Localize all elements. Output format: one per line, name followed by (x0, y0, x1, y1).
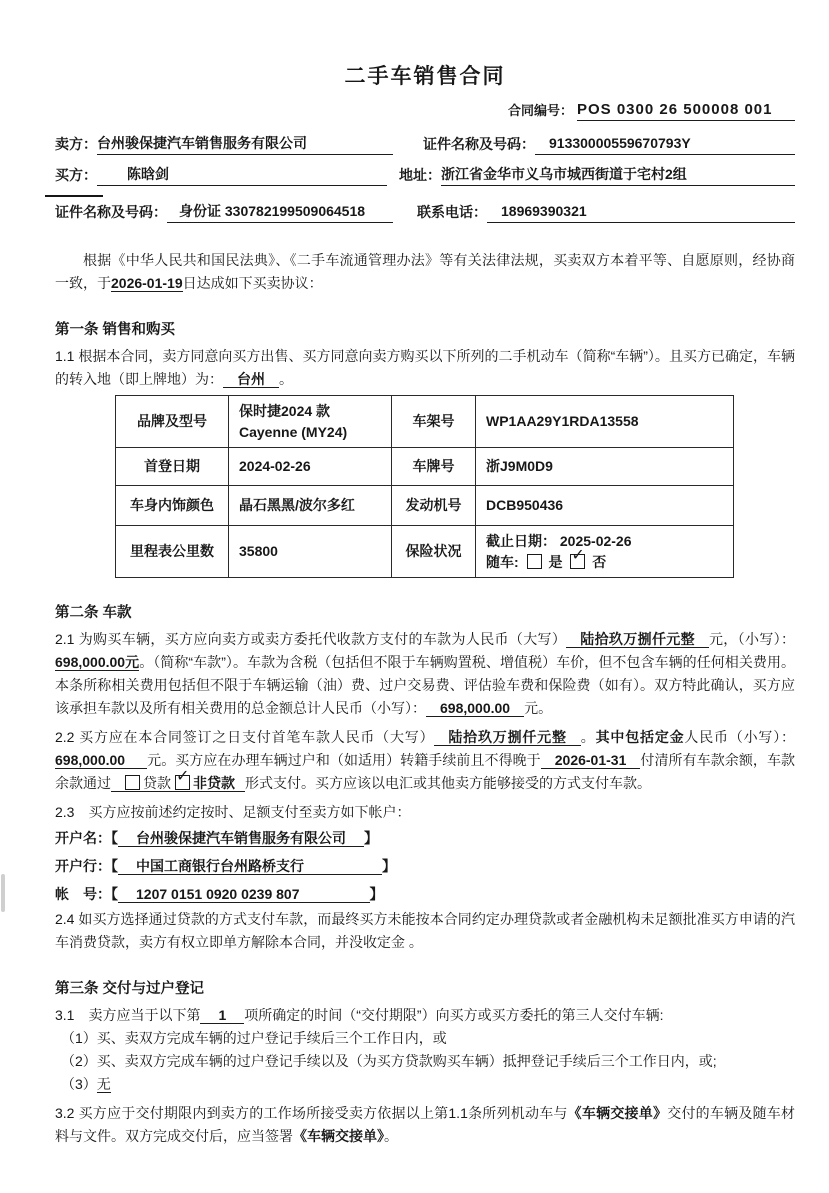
bank-label: 开户行： (55, 858, 111, 874)
clause-2-2-text-4: 元。买方应在办理车辆过户和（如适用）转籍手续前且不得晚于 (147, 752, 541, 768)
insurance-cell: 截止日期： 2025-02-26 随车: 是 ✓ 否 (476, 526, 734, 578)
clause-1-1-tail: 。 (279, 371, 293, 387)
buyer-cert-row: 证件名称及号码： 身份证 330782199509064518 联系电话： 18… (55, 201, 795, 223)
odometer-value: 35800 (229, 526, 392, 578)
insurance-no-label: 否 (592, 554, 606, 570)
vehicle-info-table: 品牌及型号 保时捷2024 款Cayenne (MY24) 车架号 WP1AA2… (115, 395, 734, 578)
engine-value: DCB950436 (476, 486, 734, 526)
insurance-no-checkbox: ✓ (570, 554, 585, 569)
delivery-option-3-label: （3） (61, 1076, 97, 1092)
seller-cert-field: 91330000559670793Y (535, 133, 795, 155)
non-loan-option-label: 非贷款 (193, 775, 235, 791)
insurance-label: 保险状况 (392, 526, 476, 578)
clause-3-1-text-2: 项所确定的时间（“交付期限”）向买方或买方委托的第三人交付车辆: (244, 1007, 663, 1023)
bracket-open: 【 (111, 858, 118, 874)
delivery-option-1: （1）买、卖双方完成车辆的过户登记手续后三个工作日内，或 (55, 1027, 795, 1050)
buyer-cert-field: 身份证 330782199509064518 (167, 201, 393, 223)
table-row: 里程表公里数 35800 保险状况 截止日期： 2025-02-26 随车: 是… (116, 526, 734, 578)
contract-number-value: POS 0300 26 500008 001 (577, 100, 795, 121)
signing-date-field: 2026-01-19 (111, 275, 183, 292)
vin-value: WP1AA29Y1RDA13558 (476, 396, 734, 448)
insurance-yes-label: 是 (548, 554, 562, 570)
bracket-open: 【 (111, 830, 118, 846)
section2-title: 第二条 车款 (55, 602, 795, 625)
table-row: 首登日期 2024-02-26 车牌号 浙J9M0D9 (116, 448, 734, 486)
preamble-text-2: 日达成如下买卖协议： (183, 275, 323, 291)
deposit-emphasis: 其中包括定金 (596, 729, 685, 745)
brand-model-value: 保时捷2024 款Cayenne (MY24) (229, 396, 392, 448)
clause-3-1-text-1: 3.1 卖方应当于以下第 (55, 1007, 200, 1023)
bracket-close: 】 (370, 886, 384, 902)
table-row: 品牌及型号 保时捷2024 款Cayenne (MY24) 车架号 WP1AA2… (116, 396, 734, 448)
handover-doc-name: 《车辆交接单》 (293, 1128, 384, 1144)
seller-label: 卖方： (55, 134, 97, 155)
bracket-close: 】 (382, 858, 396, 874)
non-loan-checkbox: ✓ (175, 775, 190, 790)
transfer-place-field: 台州 (223, 371, 279, 388)
account-name-field: 台州骏保捷汽车销售服务有限公司 (118, 830, 364, 847)
buyer-name-field: 陈晗剑 (97, 164, 387, 186)
delivery-option-2: （2）买、卖双方完成车辆的过户登记手续以及（为买方贷款购买车辆）抵押登记手续后三… (55, 1050, 795, 1073)
plate-label: 车牌号 (392, 448, 476, 486)
preamble: 根据《中华人民共和国民法典》、《二手车流通管理办法》等有关法律法规，买卖双方本着… (55, 249, 795, 295)
scan-artifact-line (45, 195, 103, 197)
contract-number-label: 合同编号： (508, 101, 573, 121)
bracket-open: 【 (111, 886, 118, 902)
price-capital-field: 陆拾玖万捌仟元整 (566, 631, 709, 648)
color-value: 晶石黑黑/波尔多红 (229, 486, 392, 526)
clause-2-4: 2.4 如买方选择通过贷款的方式支付车款，而最终买方未能按本合同约定办理贷款或者… (55, 908, 795, 954)
delivery-option-field: 1 (200, 1007, 244, 1024)
first-reg-value: 2024-02-26 (229, 448, 392, 486)
scan-edge-artifact (1, 874, 5, 912)
phone-field: 18969390321 (487, 201, 795, 223)
vin-label: 车架号 (392, 396, 476, 448)
clause-2-1-text-3: 。（简称“车款”）。车款为含税（包括但不限于车辆购置税、增值税）车价，但不包含车… (55, 654, 795, 716)
clause-2-1-text-4: 元。 (524, 700, 552, 716)
buyer-label: 买方： (55, 165, 97, 186)
clause-2-2-text-1: 2.2 买方应在本合同签订之日支付首笔车款人民币（大写） (55, 729, 434, 745)
brand-model-label: 品牌及型号 (116, 396, 229, 448)
clause-3-1-items: （1）买、卖双方完成车辆的过户登记手续后三个工作日内，或 （2）买、卖双方完成车… (55, 1027, 795, 1096)
total-amount-field: 698,000.00 (426, 700, 524, 717)
payment-method-field: 贷款✓非贷款 (111, 775, 245, 792)
clause-2-1-text-1: 2.1 为购买车辆，买方应向卖方或卖方委托代收款方支付的车款为人民币（大写） (55, 631, 566, 647)
clause-2-3: 2.3 买方应按前述约定按时、足额支付至卖方如下帐户： (55, 801, 795, 824)
buyer-address-field: 浙江省金华市义乌市城西街道于宅村2组 (441, 164, 795, 186)
account-number-label: 帐 号： (55, 886, 111, 902)
clause-1-1: 1.1 根据本合同，卖方同意向买方出售、买方同意向卖方购买以下所列的二手机动车（… (55, 345, 795, 391)
check-icon: ✓ (176, 769, 189, 785)
section3-title: 第三条 交付与过户登记 (55, 978, 795, 1001)
insurance-yes-checkbox (527, 554, 542, 569)
account-number-row: 帐 号：【1207 0151 0920 0239 807】 (55, 880, 795, 908)
bracket-close: 】 (364, 830, 378, 846)
seller-row: 卖方： 台州骏保捷汽车销售服务有限公司 证件名称及号码： 91330000559… (55, 133, 795, 155)
handover-doc-name: 《车辆交接单》 (568, 1105, 668, 1121)
table-row: 车身内饰颜色 晶石黑黑/波尔多红 发动机号 DCB950436 (116, 486, 734, 526)
engine-label: 发动机号 (392, 486, 476, 526)
section1-title: 第一条 销售和购买 (55, 319, 795, 342)
contract-number-line: 合同编号： POS 0300 26 500008 001 (55, 100, 795, 121)
clause-3-1: 3.1 卖方应当于以下第1项所确定的时间（“交付期限”）向买方或买方委托的第三人… (55, 1004, 795, 1027)
clause-3-2: 3.2 买方应于交付期限内到卖方的工作场所接受卖方依据以上第1.1条所列机动车与… (55, 1102, 795, 1148)
payment-deadline-field: 2026-01-31 (541, 752, 641, 769)
odometer-label: 里程表公里数 (116, 526, 229, 578)
page-title: 二手车销售合同 (55, 64, 795, 90)
phone-label: 联系电话： (417, 202, 487, 223)
loan-checkbox (125, 775, 140, 790)
clause-1-1-text: 1.1 根据本合同，卖方同意向买方出售、买方同意向卖方购买以下所列的二手机动车（… (55, 348, 795, 387)
seller-name-field: 台州骏保捷汽车销售服务有限公司 (97, 133, 393, 155)
delivery-option-3: （3）无 (55, 1073, 795, 1096)
delivery-option-3-field: 无 (97, 1076, 111, 1093)
account-name-label: 开户名： (55, 830, 111, 846)
clause-2-2: 2.2 买方应在本合同签订之日支付首笔车款人民币（大写）陆拾玖万捌仟元整。其中包… (55, 726, 795, 795)
bank-row: 开户行：【中国工商银行台州路桥支行】 (55, 852, 795, 880)
account-number-field: 1207 0151 0920 0239 807 (118, 886, 370, 903)
plate-value: 浙J9M0D9 (476, 448, 734, 486)
seller-cert-label: 证件名称及号码： (423, 134, 535, 155)
first-payment-capital-field: 陆拾玖万捌仟元整 (434, 729, 580, 746)
clause-2-2-text-3: 人民币（小写）： (684, 729, 795, 745)
first-reg-label: 首登日期 (116, 448, 229, 486)
loan-option-label: 贷款 (143, 775, 171, 791)
clause-2-1: 2.1 为购买车辆，买方应向卖方或卖方委托代收款方支付的车款为人民币（大写）陆拾… (55, 628, 795, 720)
check-icon: ✓ (571, 548, 584, 564)
clause-2-1-text-2: 元，（小写）： (709, 631, 795, 647)
buyer-cert-label: 证件名称及号码： (55, 202, 167, 223)
clause-3-2-text-3: 。 (384, 1128, 398, 1144)
account-name-row: 开户名：【台州骏保捷汽车销售服务有限公司】 (55, 824, 795, 852)
buyer-address-label: 地址： (399, 165, 441, 186)
price-numeric-field: 698,000.00元 (55, 654, 139, 671)
clause-2-2-text-6: 形式支付。买方应该以电汇或其他卖方能够接受的方式支付车款。 (245, 775, 651, 791)
color-label: 车身内饰颜色 (116, 486, 229, 526)
insurance-expiry-label: 截止日期： (486, 533, 556, 549)
clause-2-2-text-2: 。 (581, 729, 596, 745)
deposit-numeric-field: 698,000.00 (55, 752, 147, 769)
bank-field: 中国工商银行台州路桥支行 (118, 858, 382, 875)
insurance-with-car-label: 随车: (486, 554, 519, 570)
buyer-row: 买方： 陈晗剑 地址： 浙江省金华市义乌市城西街道于宅村2组 (55, 164, 795, 186)
clause-3-2-text-1: 3.2 买方应于交付期限内到卖方的工作场所接受卖方依据以上第1.1条所列机动车与 (55, 1105, 568, 1121)
contract-page: 二手车销售合同 合同编号： POS 0300 26 500008 001 卖方：… (0, 0, 829, 1193)
